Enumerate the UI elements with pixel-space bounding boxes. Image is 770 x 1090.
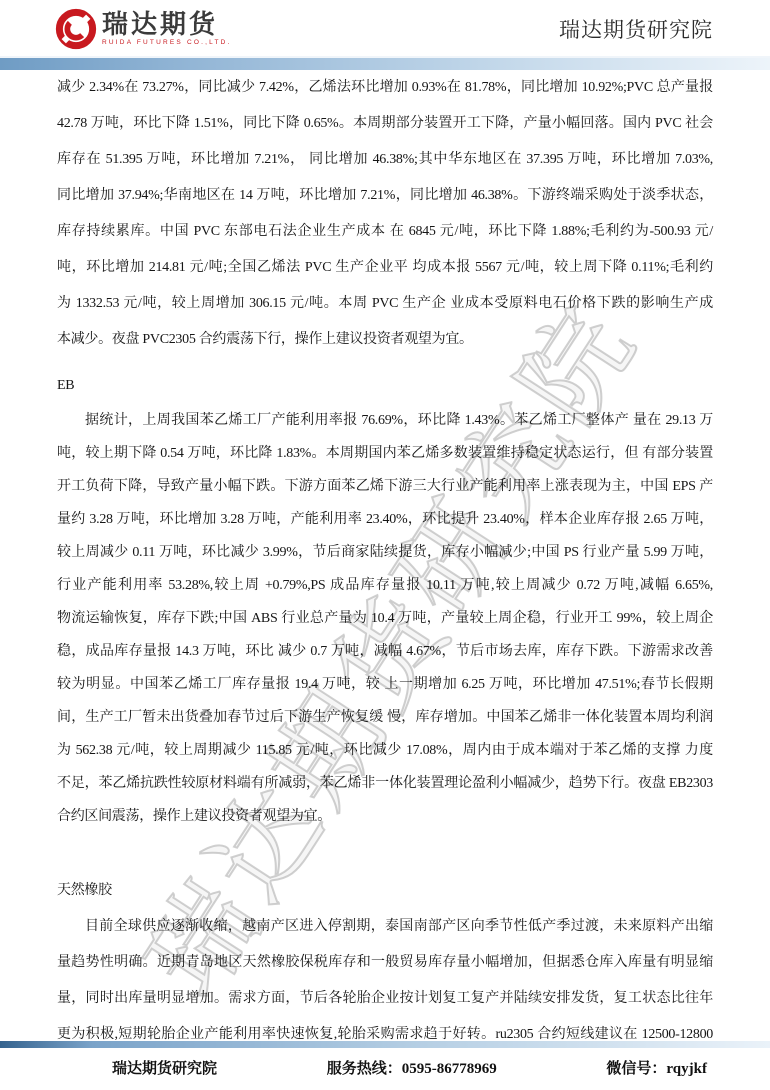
brand-name: 瑞达期货 xyxy=(102,11,232,37)
text-line: 开工负荷下降，导致产量小幅下跌。下游方面苯乙烯下游三大行业产能利用率上涨表现为主… xyxy=(57,470,713,503)
footer-divider-bar xyxy=(0,1041,770,1048)
text-line: 不足，苯乙烯抗跌性较原材料端有所减弱，苯乙烯非一体化装置理论盈利小幅减少，趋势下… xyxy=(57,767,713,800)
text-line: 合约区间震荡，操作上建议投资者观望为宜。 xyxy=(57,800,713,833)
footer-wechat: 微信号：rqyjkf xyxy=(606,1057,707,1078)
header-divider-bar xyxy=(0,56,770,70)
report-body: 减少 2.34%在 73.27%，同比减少 7.42%，乙烯法环比增加 0.93… xyxy=(0,70,770,1053)
text-line: 量趋势性明确。近期青岛地区天然橡胶保税库存和一般贸易库存量小幅增加，但据悉仓库入… xyxy=(57,945,713,981)
text-line: 行业产能利用率 53.28%,较上周 +0.79%,PS 成品库存量报 10.1… xyxy=(57,569,713,602)
text-line: 物流运输恢复，库存下跌;中国 ABS 行业总产量为 10.4 万吨，产量较上周企… xyxy=(57,602,713,635)
section-natural-rubber: 天然橡胶目前全球供应逐渐收缩，越南产区进入停割期，泰国南部产区向季节性低产季过渡… xyxy=(57,873,713,1053)
text-line: 量，同时出库量明显增加。需求方面，节后各轮胎企业按计划复工复产并陆续安排发货，复… xyxy=(57,981,713,1017)
text-line: 稳，成品库存量报 14.3 万吨，环比 减少 0.7 万吨，减幅 4.67%，节… xyxy=(57,635,713,668)
text-line: 量约 3.28 万吨，环比增加 3.28 万吨，产能利用率 23.40%，环比提… xyxy=(57,503,713,536)
text-line: 库存持续累库。中国 PVC 东部电石法企业生产成本 在 6845 元/吨，环比下… xyxy=(57,214,713,250)
report-footer: 瑞达期货研究院 服务热线：0595-86778969 微信号：rqyjkf xyxy=(0,1041,770,1090)
report-header: 瑞达期货 RUIDA FUTURES CO.,LTD. 瑞达期货研究院 xyxy=(0,0,770,56)
text-line: 减少 2.34%在 73.27%，同比减少 7.42%，乙烯法环比增加 0.93… xyxy=(57,70,713,106)
text-line: 较为明显。中国苯乙烯工厂库存量报 19.4 万吨，较 上一期增加 6.25 万吨… xyxy=(57,668,713,701)
text-line: 吨，环比增加 214.81 元/吨;全国乙烯法 PVC 生产企业平 均成本报 5… xyxy=(57,250,713,286)
text-line: 吨，较上期下降 0.54 万吨，环比降 1.83%。本周期国内苯乙烯多数装置维持… xyxy=(57,437,713,470)
ruida-logo-icon xyxy=(55,8,97,50)
section-heading: 天然橡胶 xyxy=(57,873,713,909)
brand-subtitle: RUIDA FUTURES CO.,LTD. xyxy=(102,40,232,47)
footer-wechat-id: rqyjkf xyxy=(666,1061,707,1077)
text-line: 目前全球供应逐渐收缩，越南产区进入停割期，泰国南部产区向季节性低产季过渡，未来原… xyxy=(57,909,713,945)
section-eb: EB据统计，上周我国苯乙烯工厂产能利用率报 76.69%，环比降 1.43%。苯… xyxy=(57,368,713,833)
text-line: 较上周减少 0.11 万吨，环比减少 3.99%，节后商家陆续提货，库存小幅减少… xyxy=(57,536,713,569)
footer-wechat-label: 微信号： xyxy=(606,1061,666,1077)
brand-logo: 瑞达期货 RUIDA FUTURES CO.,LTD. xyxy=(55,8,232,50)
footer-hotline-label: 服务热线： xyxy=(327,1061,402,1077)
section-pvc-continued: 减少 2.34%在 73.27%，同比减少 7.42%，乙烯法环比增加 0.93… xyxy=(57,70,713,358)
footer-hotline: 服务热线：0595-86778969 xyxy=(327,1057,497,1078)
section-heading: EB xyxy=(57,368,713,404)
text-line: 为 1332.53 元/吨，较上周增加 306.15 元/吨。本周 PVC 生产… xyxy=(57,286,713,322)
text-line: 同比增加 37.94%;华南地区在 14 万吨，环比增加 7.21%，同比增加 … xyxy=(57,178,713,214)
text-line: 据统计，上周我国苯乙烯工厂产能利用率报 76.69%，环比降 1.43%。苯乙烯… xyxy=(57,404,713,437)
text-line: 为 562.38 元/吨，较上周期减少 115.85 元/吨，环比减少 17.0… xyxy=(57,734,713,767)
text-line: 本减少。夜盘 PVC2305 合约震荡下行，操作上建议投资者观望为宜。 xyxy=(57,322,713,358)
report-page: 瑞达期货 RUIDA FUTURES CO.,LTD. 瑞达期货研究院 瑞达期货… xyxy=(0,0,770,1090)
footer-org: 瑞达期货研究院 xyxy=(112,1057,217,1078)
brand-text: 瑞达期货 RUIDA FUTURES CO.,LTD. xyxy=(102,11,232,47)
footer-hotline-number: 0595-86778969 xyxy=(402,1061,497,1077)
header-title: 瑞达期货研究院 xyxy=(559,14,713,44)
footer-row: 瑞达期货研究院 服务热线：0595-86778969 微信号：rqyjkf xyxy=(0,1048,770,1090)
text-line: 库存在 51.395 万吨，环比增加 7.21%， 同比增加 46.38%;其中… xyxy=(57,142,713,178)
text-line: 42.78 万吨，环比下降 1.51%，同比下降 0.65%。本周期部分装置开工… xyxy=(57,106,713,142)
text-line: 间，生产工厂暂未出货叠加春节过后下游生产恢复缓 慢，库存增加。中国苯乙烯非一体化… xyxy=(57,701,713,734)
